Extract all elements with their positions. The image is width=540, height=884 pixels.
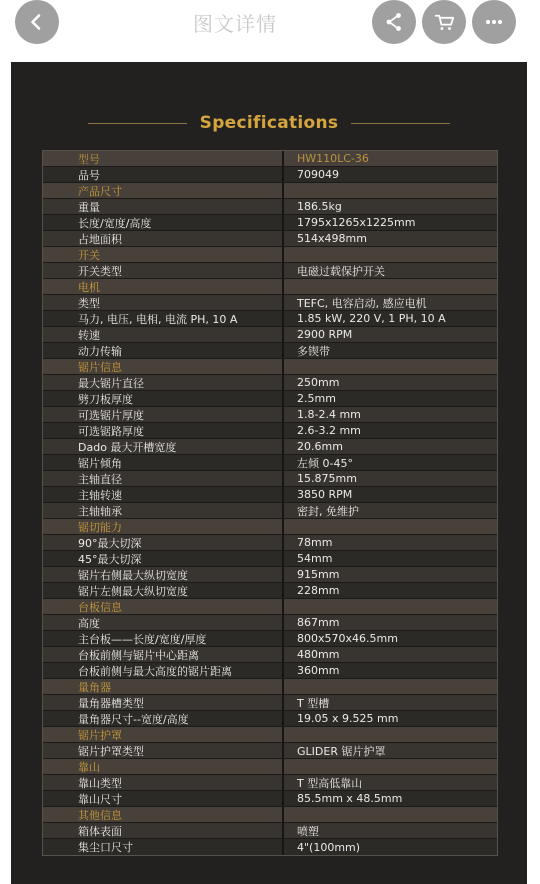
page-title: 图文详情 — [120, 0, 350, 44]
spec-label: 占地面积 — [43, 231, 282, 246]
spec-value: 360mm — [282, 663, 497, 678]
share-icon — [382, 10, 406, 34]
spec-label: 类型 — [43, 295, 282, 310]
spec-value — [282, 599, 497, 614]
spec-value: 480mm — [282, 647, 497, 662]
spec-label: 锯片左侧最大纵切宽度 — [43, 583, 282, 598]
section-title: 电机 — [43, 279, 282, 294]
spec-row: 长度/宽度/高度1795x1265x1225mm — [43, 215, 497, 231]
spec-label: Dado 最大开槽宽度 — [43, 439, 282, 454]
section-title: 锯切能力 — [43, 519, 282, 534]
section-row: 靠山 — [43, 759, 497, 775]
spec-value — [282, 727, 497, 742]
section-title: 其他信息 — [43, 807, 282, 822]
spec-value: GLIDER 锯片护罩 — [282, 743, 497, 758]
spec-value — [282, 247, 497, 262]
spec-label: 锯片倾角 — [43, 455, 282, 470]
spec-label: 开关类型 — [43, 263, 282, 278]
spec-label: 靠山尺寸 — [43, 791, 282, 806]
spec-value: 3850 RPM — [282, 487, 497, 502]
spec-label: 转速 — [43, 327, 282, 342]
spec-row: 开关类型电磁过载保护开关 — [43, 263, 497, 279]
more-dots-icon — [482, 10, 506, 34]
spec-row: 品号709049 — [43, 167, 497, 183]
section-title: 靠山 — [43, 759, 282, 774]
spec-label: 45°最大切深 — [43, 551, 282, 566]
spec-row: 劈刀板厚度2.5mm — [43, 391, 497, 407]
specifications-heading: Specifications — [11, 112, 527, 134]
section-title: 开关 — [43, 247, 282, 262]
spec-value — [282, 679, 497, 694]
spec-value: 85.5mm x 48.5mm — [282, 791, 497, 806]
spec-label: 可选锯片厚度 — [43, 407, 282, 422]
section-row: 量角器 — [43, 679, 497, 695]
spec-label: 劈刀板厚度 — [43, 391, 282, 406]
section-row: 其他信息 — [43, 807, 497, 823]
section-title: 台板信息 — [43, 599, 282, 614]
spec-label: 可选锯路厚度 — [43, 423, 282, 438]
spec-row: 45°最大切深54mm — [43, 551, 497, 567]
spec-value: 78mm — [282, 535, 497, 550]
section-title: 产品尺寸 — [43, 183, 282, 198]
back-button[interactable] — [15, 0, 59, 44]
spec-row: Dado 最大开槽宽度20.6mm — [43, 439, 497, 455]
spec-row: 占地面积514x498mm — [43, 231, 497, 247]
spec-value: TEFC, 电容启动, 感应电机 — [282, 295, 497, 310]
spec-row: 马力, 电压, 电相, 电流 PH, 10 A1.85 kW, 220 V, 1… — [43, 311, 497, 327]
spec-value: 1.8-2.4 mm — [282, 407, 497, 422]
spec-value: 867mm — [282, 615, 497, 630]
spec-label: 量角器槽类型 — [43, 695, 282, 710]
spec-value: 喷塑 — [282, 823, 497, 838]
section-row: 锯片护罩 — [43, 727, 497, 743]
section-row: 电机 — [43, 279, 497, 295]
spec-row: 台板前侧与锯片中心距离480mm — [43, 647, 497, 663]
spec-value — [282, 279, 497, 294]
spec-row: 可选锯路厚度2.6-3.2 mm — [43, 423, 497, 439]
spec-row: 靠山尺寸85.5mm x 48.5mm — [43, 791, 497, 807]
model-row: 型号HW110LC-36 — [43, 151, 497, 167]
spec-row: 重量186.5kg — [43, 199, 497, 215]
spec-label: 高度 — [43, 615, 282, 630]
spec-label: 长度/宽度/高度 — [43, 215, 282, 230]
spec-value: 54mm — [282, 551, 497, 566]
section-row: 锯片信息 — [43, 359, 497, 375]
spec-value: 左倾 0-45° — [282, 455, 497, 470]
spec-label: 量角器尺寸--宽度/高度 — [43, 711, 282, 726]
shopping-cart-icon — [432, 10, 457, 35]
spec-row: 量角器槽类型T 型槽 — [43, 695, 497, 711]
spec-label: 最大锯片直径 — [43, 375, 282, 390]
spec-value — [282, 807, 497, 822]
spec-label: 集尘口尺寸 — [43, 839, 282, 855]
spec-label: 90°最大切深 — [43, 535, 282, 550]
spec-value: 15.875mm — [282, 471, 497, 486]
section-title: 量角器 — [43, 679, 282, 694]
spec-value — [282, 183, 497, 198]
back-chevron-icon — [25, 10, 49, 34]
spec-value: 1.85 kW, 220 V, 1 PH, 10 A — [282, 311, 497, 326]
more-button[interactable] — [472, 0, 516, 44]
spec-value: 2.5mm — [282, 391, 497, 406]
spec-value: 多锲带 — [282, 343, 497, 358]
cart-button[interactable] — [422, 0, 466, 44]
spec-row: 主轴轴承密封, 免维护 — [43, 503, 497, 519]
spec-value — [282, 359, 497, 374]
spec-value: 20.6mm — [282, 439, 497, 454]
spec-value — [282, 759, 497, 774]
spec-row: 锯片右侧最大纵切宽度915mm — [43, 567, 497, 583]
spec-value: HW110LC-36 — [282, 151, 497, 166]
spec-label: 台板前侧与锯片中心距离 — [43, 647, 282, 662]
spec-label: 主轴直径 — [43, 471, 282, 486]
spec-label: 锯片护罩类型 — [43, 743, 282, 758]
spec-row: 锯片倾角左倾 0-45° — [43, 455, 497, 471]
share-button[interactable] — [372, 0, 416, 44]
spec-value: 1795x1265x1225mm — [282, 215, 497, 230]
spec-label: 锯片右侧最大纵切宽度 — [43, 567, 282, 582]
section-title: 锯片信息 — [43, 359, 282, 374]
spec-value: 228mm — [282, 583, 497, 598]
spec-row: 可选锯片厚度1.8-2.4 mm — [43, 407, 497, 423]
top-bar: 图文详情 — [0, 0, 540, 62]
section-title: 锯片护罩 — [43, 727, 282, 742]
spec-row: 锯片护罩类型GLIDER 锯片护罩 — [43, 743, 497, 759]
spec-value: 514x498mm — [282, 231, 497, 246]
spec-label: 动力传输 — [43, 343, 282, 358]
spec-row: 最大锯片直径250mm — [43, 375, 497, 391]
spec-row: 量角器尺寸--宽度/高度19.05 x 9.525 mm — [43, 711, 497, 727]
spec-label: 箱体表面 — [43, 823, 282, 838]
spec-row: 集尘口尺寸4"(100mm) — [43, 839, 497, 855]
spec-row: 90°最大切深78mm — [43, 535, 497, 551]
spec-row: 主轴直径15.875mm — [43, 471, 497, 487]
spec-value: 186.5kg — [282, 199, 497, 214]
spec-row: 转速2900 RPM — [43, 327, 497, 343]
section-row: 产品尺寸 — [43, 183, 497, 199]
spec-row: 类型TEFC, 电容启动, 感应电机 — [43, 295, 497, 311]
decorative-line-right — [351, 123, 450, 124]
spec-row: 台板前侧与最大高度的锯片距离360mm — [43, 663, 497, 679]
section-row: 锯切能力 — [43, 519, 497, 535]
spec-value — [282, 519, 497, 534]
spec-label: 主轴轴承 — [43, 503, 282, 518]
spec-row: 主台板——长度/宽度/厚度800x570x46.5mm — [43, 631, 497, 647]
spec-row: 箱体表面喷塑 — [43, 823, 497, 839]
section-row: 台板信息 — [43, 599, 497, 615]
spec-label: 品号 — [43, 167, 282, 182]
spec-value: 4"(100mm) — [282, 839, 497, 855]
spec-label: 重量 — [43, 199, 282, 214]
spec-label: 台板前侧与最大高度的锯片距离 — [43, 663, 282, 678]
spec-row: 高度867mm — [43, 615, 497, 631]
spec-value: 2900 RPM — [282, 327, 497, 342]
spec-value: 2.6-3.2 mm — [282, 423, 497, 438]
spec-value: 915mm — [282, 567, 497, 582]
section-row: 开关 — [43, 247, 497, 263]
spec-row: 靠山类型T 型高低靠山 — [43, 775, 497, 791]
spec-label: 马力, 电压, 电相, 电流 PH, 10 A — [43, 311, 282, 326]
spec-value: 800x570x46.5mm — [282, 631, 497, 646]
spec-label: 靠山类型 — [43, 775, 282, 790]
spec-value: 709049 — [282, 167, 497, 182]
spec-row: 锯片左侧最大纵切宽度228mm — [43, 583, 497, 599]
spec-label: 主台板——长度/宽度/厚度 — [43, 631, 282, 646]
specifications-table: 型号HW110LC-36品号709049产品尺寸重量186.5kg长度/宽度/高… — [42, 150, 498, 856]
detail-panel: Specifications 型号HW110LC-36品号709049产品尺寸重… — [11, 62, 527, 884]
spec-row: 动力传输多锲带 — [43, 343, 497, 359]
spec-label: 型号 — [43, 151, 282, 166]
spec-row: 主轴转速3850 RPM — [43, 487, 497, 503]
spec-value: T 型高低靠山 — [282, 775, 497, 790]
spec-value: 250mm — [282, 375, 497, 390]
decorative-line-left — [88, 123, 187, 124]
spec-value: T 型槽 — [282, 695, 497, 710]
spec-label: 主轴转速 — [43, 487, 282, 502]
spec-value: 密封, 免维护 — [282, 503, 497, 518]
spec-value: 电磁过载保护开关 — [282, 263, 497, 278]
specifications-title: Specifications — [200, 113, 339, 133]
spec-value: 19.05 x 9.525 mm — [282, 711, 497, 726]
